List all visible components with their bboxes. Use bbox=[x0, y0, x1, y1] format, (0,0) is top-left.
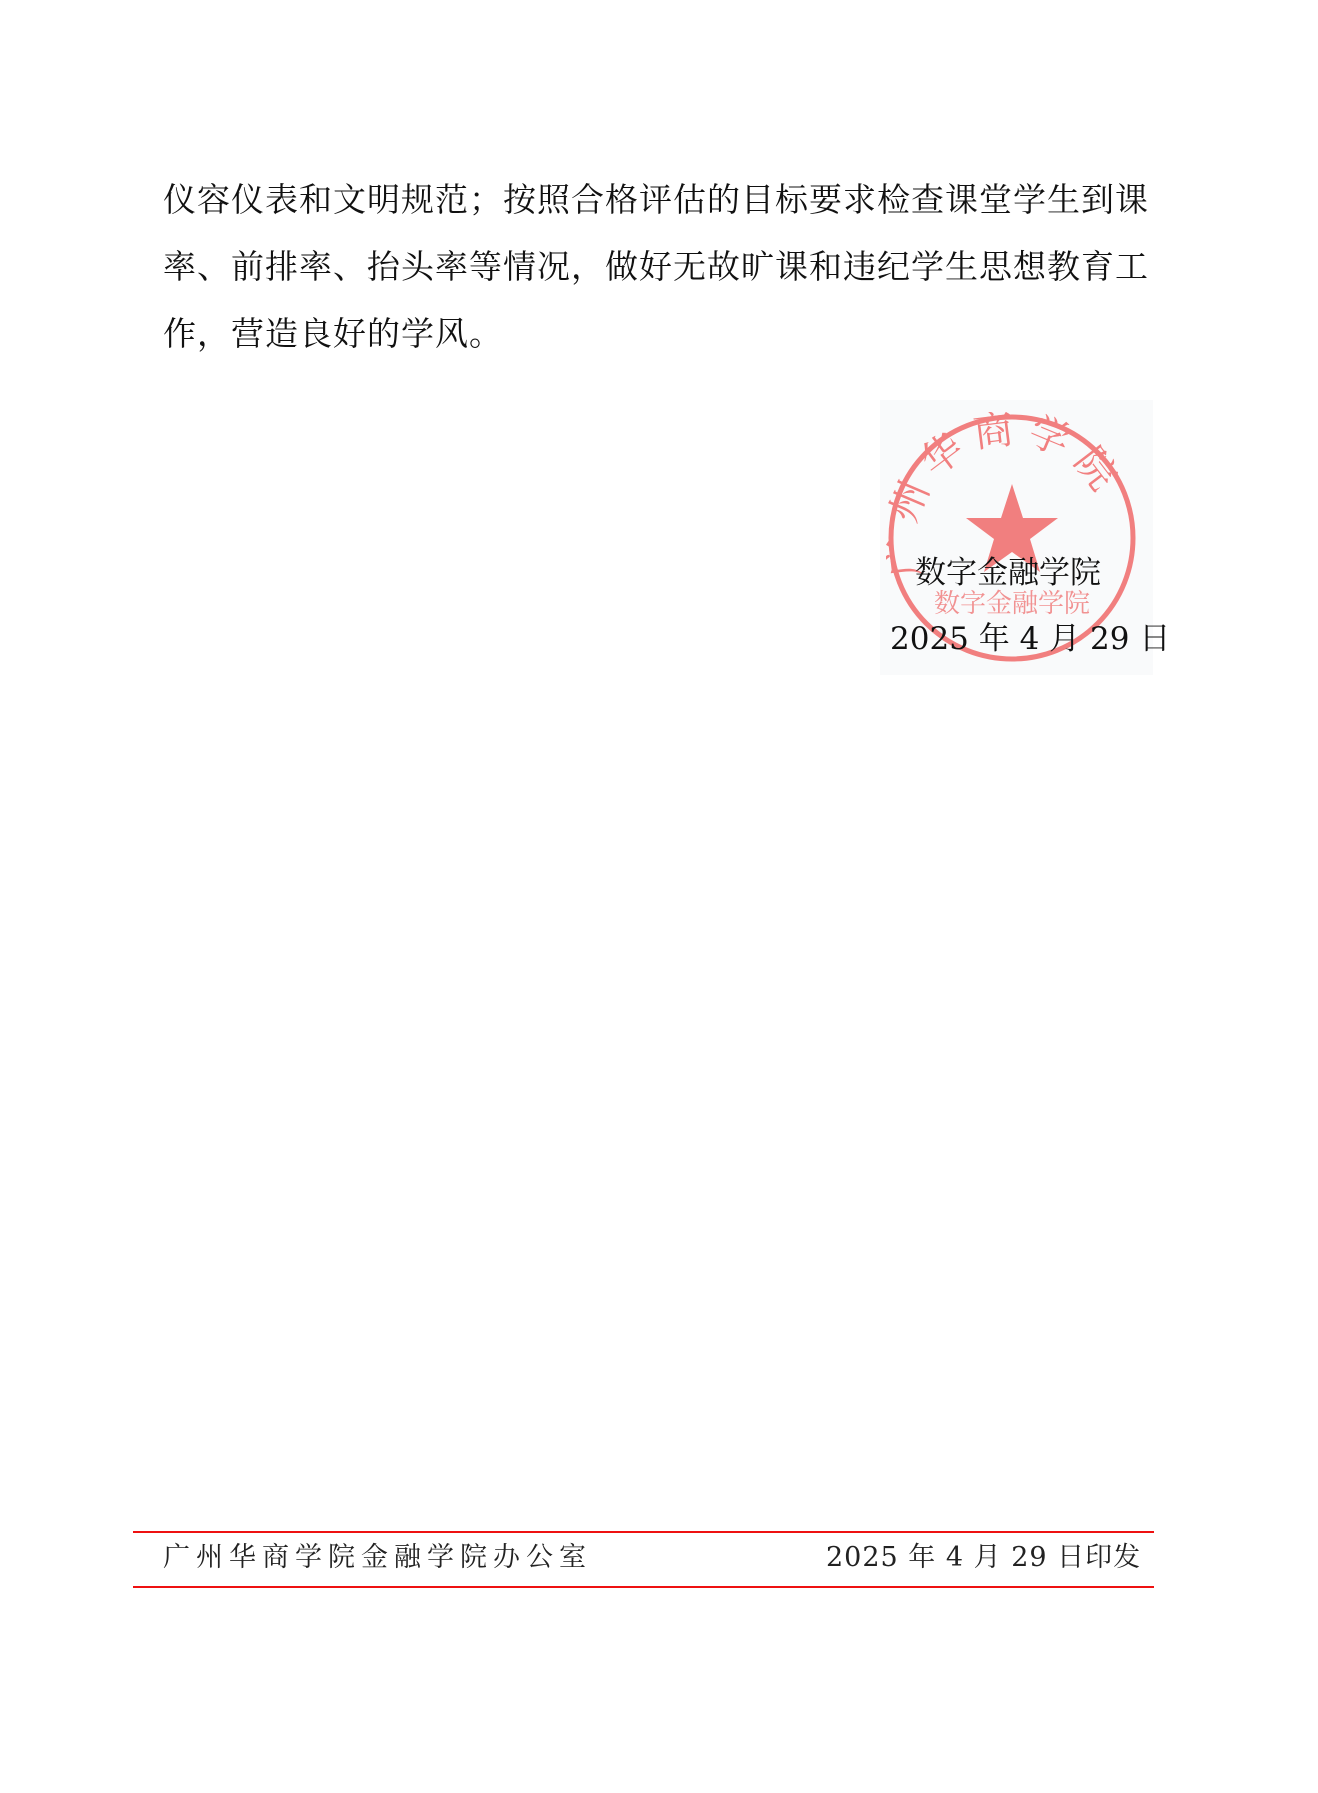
body-line: 率、前排率、抬头率等情况，做好无故旷课和违纪学生思想教育工 bbox=[163, 243, 1155, 310]
footer-issuer: 广州华商学院金融学院办公室 bbox=[163, 1540, 592, 1576]
signature-date: 2025 年 4 月 29 日 bbox=[890, 619, 1170, 659]
signature-organization: 数字金融学院 bbox=[915, 553, 1101, 593]
footer-rule-top bbox=[133, 1531, 1154, 1533]
footer-rule-bottom bbox=[133, 1586, 1154, 1588]
body-paragraph: 仪容仪表和文明规范；按照合格评估的目标要求检查课堂学生到课 率、前排率、抬头率等… bbox=[163, 176, 1155, 377]
seal-bottom-text: 数字金融学院 bbox=[934, 589, 1090, 619]
body-line: 仪容仪表和文明规范；按照合格评估的目标要求检查课堂学生到课 bbox=[163, 176, 1155, 243]
body-line: 作，营造良好的学风。 bbox=[163, 310, 1155, 377]
footer-issue-date: 2025 年 4 月 29 日印发 bbox=[826, 1540, 1141, 1576]
document-page: 仪容仪表和文明规范；按照合格评估的目标要求检查课堂学生到课 率、前排率、抬头率等… bbox=[0, 0, 1318, 1793]
